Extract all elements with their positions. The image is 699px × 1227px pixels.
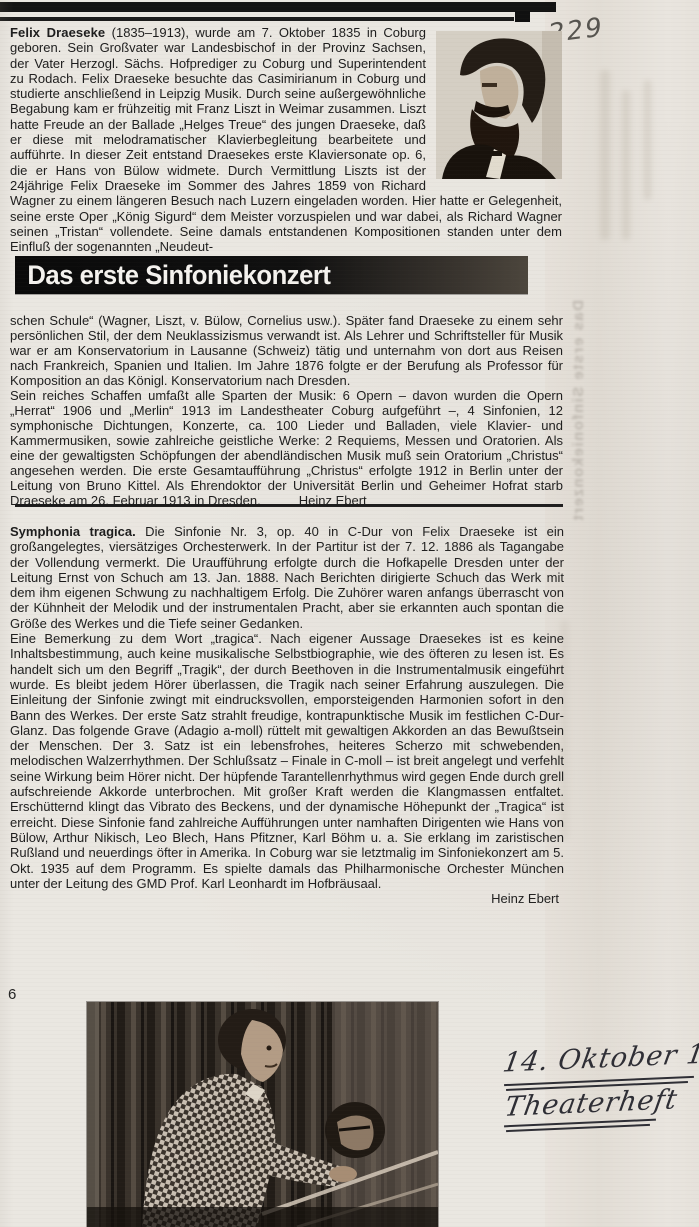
top-rule-nub xyxy=(515,11,530,22)
symphonia-byline: Heinz Ebert xyxy=(10,891,564,906)
draeseke-portrait-photo xyxy=(436,31,562,179)
symphonia-paragraph-1-text: Die Sinfonie Nr. 3, op. 40 in C-Dur von … xyxy=(10,524,564,631)
concert-photo xyxy=(87,1002,438,1227)
ink-bleedthrough-smudge xyxy=(644,80,651,200)
biography-paragraph-2: Sein reiches Schaffen umfaßt alle Sparte… xyxy=(10,388,563,508)
top-rule-thick xyxy=(0,2,556,12)
symphonia-article: Symphonia tragica. Die Sinfonie Nr. 3, o… xyxy=(10,524,564,906)
mirrored-headline-bleedthrough: Das erste Sinfoniekonzert xyxy=(570,300,587,580)
symphonia-paragraph-2: Eine Bemerkung zu dem Wort „tragica“. Na… xyxy=(10,631,564,891)
headline-title: Das erste Sinfoniekonzert xyxy=(15,260,330,291)
biography-paragraph-1: schen Schule“ (Wagner, Liszt, v. Bülow, … xyxy=(10,313,563,388)
headline-bar: Das erste Sinfoniekonzert xyxy=(15,256,528,294)
ink-bleedthrough-smudge xyxy=(622,90,630,240)
symphonia-lead: Symphonia tragica. xyxy=(10,524,136,539)
ink-bleedthrough-smudge xyxy=(600,70,610,240)
intro-paragraph: Felix Draeseke (1835–1913), wurde am 7. … xyxy=(10,25,562,254)
printed-page-number: 6 xyxy=(8,986,16,1003)
biography-article: schen Schule“ (Wagner, Liszt, v. Bülow, … xyxy=(10,313,563,508)
symphonia-paragraph-1: Symphonia tragica. Die Sinfonie Nr. 3, o… xyxy=(10,524,564,631)
section-divider-rule xyxy=(15,504,563,507)
biography-paragraph-2-text: Sein reiches Schaffen umfaßt alle Sparte… xyxy=(10,388,563,508)
intro-lead: Felix Draeseke xyxy=(10,25,105,40)
top-rule-thin xyxy=(0,17,514,21)
